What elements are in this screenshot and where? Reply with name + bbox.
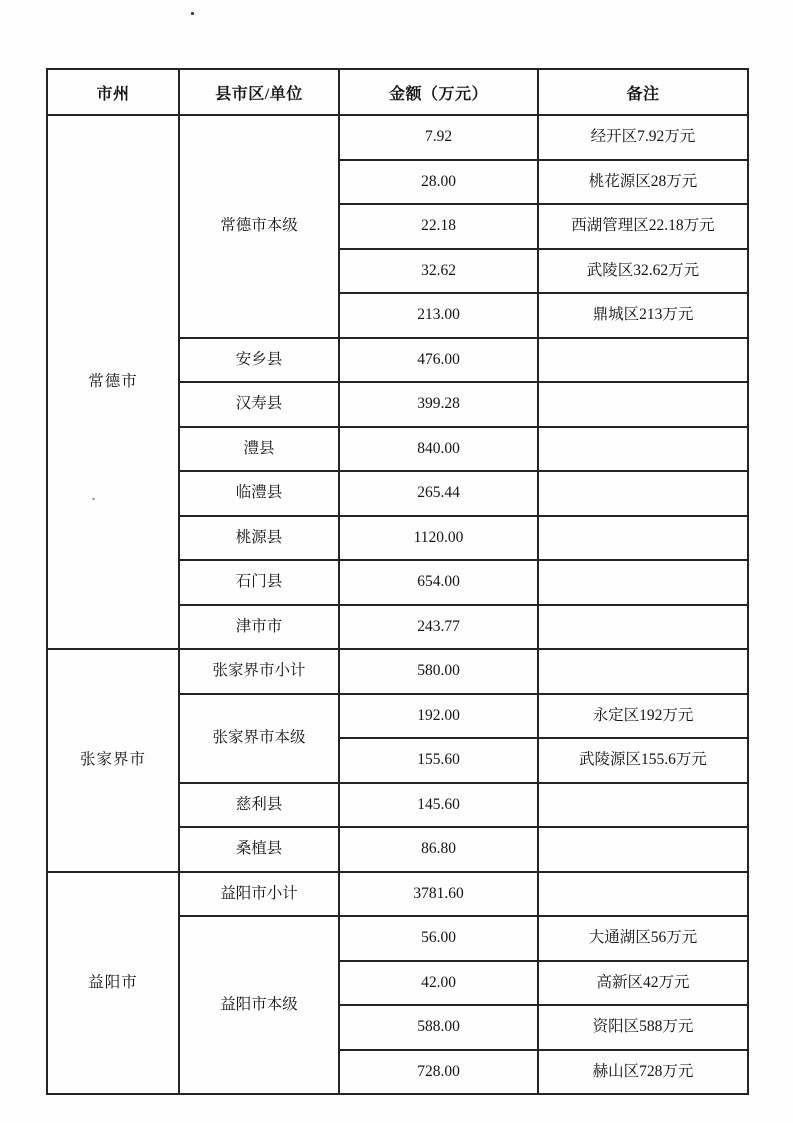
amount-cell: 155.60 [339,738,538,783]
note-cell: 赫山区728万元 [538,1050,748,1095]
amount-cell: 243.77 [339,605,538,650]
amount-cell: 399.28 [339,382,538,427]
header-note: 备注 [538,69,748,115]
amount-cell: 3781.60 [339,872,538,917]
unit-cell: 益阳市小计 [179,872,339,917]
amount-cell: 192.00 [339,694,538,739]
unit-cell: 张家界市小计 [179,649,339,694]
note-cell [538,827,748,872]
amount-cell: 145.60 [339,783,538,828]
amount-cell: 213.00 [339,293,538,338]
amount-cell: 42.00 [339,961,538,1006]
header-row: 市州 县市区/单位 金额（万元） 备注 [47,69,748,115]
note-cell [538,872,748,917]
city-cell: 张家界市 [47,649,179,872]
note-cell [538,649,748,694]
unit-cell: 慈利县 [179,783,339,828]
amount-cell: 56.00 [339,916,538,961]
amount-cell: 588.00 [339,1005,538,1050]
amount-cell: 32.62 [339,249,538,294]
unit-cell: 澧县 [179,427,339,472]
note-cell [538,605,748,650]
note-cell: 大通湖区56万元 [538,916,748,961]
unit-cell: 桑植县 [179,827,339,872]
note-cell: 武陵源区155.6万元 [538,738,748,783]
table-row: 张家界市张家界市小计580.00 [47,649,748,694]
note-cell: 武陵区32.62万元 [538,249,748,294]
amount-cell: 654.00 [339,560,538,605]
note-cell: 经开区7.92万元 [538,115,748,160]
note-cell [538,560,748,605]
city-cell: 益阳市 [47,872,179,1095]
note-cell [538,783,748,828]
note-cell: 西湖管理区22.18万元 [538,204,748,249]
amount-cell: 28.00 [339,160,538,205]
unit-cell: 益阳市本级 [179,916,339,1094]
amount-cell: 86.80 [339,827,538,872]
scan-speck-top [191,12,194,15]
amount-cell: 476.00 [339,338,538,383]
note-cell: 高新区42万元 [538,961,748,1006]
table-row: 常德市常德市本级7.92经开区7.92万元 [47,115,748,160]
header-unit: 县市区/单位 [179,69,339,115]
unit-cell: 石门县 [179,560,339,605]
header-city: 市州 [47,69,179,115]
amount-cell: 1120.00 [339,516,538,561]
table-row: 益阳市益阳市小计3781.60 [47,872,748,917]
table-header: 市州 县市区/单位 金额（万元） 备注 [47,69,748,115]
document-page: 市州 县市区/单位 金额（万元） 备注 常德市常德市本级7.92经开区7.92万… [0,0,793,1123]
allocation-table: 市州 县市区/单位 金额（万元） 备注 常德市常德市本级7.92经开区7.92万… [46,68,749,1095]
note-cell [538,382,748,427]
note-cell: 永定区192万元 [538,694,748,739]
amount-cell: 728.00 [339,1050,538,1095]
unit-cell: 临澧县 [179,471,339,516]
table-body: 常德市常德市本级7.92经开区7.92万元28.00桃花源区28万元22.18西… [47,115,748,1094]
amount-cell: 265.44 [339,471,538,516]
unit-cell: 桃源县 [179,516,339,561]
unit-cell: 津市市 [179,605,339,650]
city-cell: 常德市 [47,115,179,649]
note-cell: 鼎城区213万元 [538,293,748,338]
amount-cell: 580.00 [339,649,538,694]
note-cell [538,427,748,472]
unit-cell: 常德市本级 [179,115,339,338]
amount-cell: 7.92 [339,115,538,160]
unit-cell: 安乡县 [179,338,339,383]
amount-cell: 22.18 [339,204,538,249]
header-amount: 金额（万元） [339,69,538,115]
note-cell [538,471,748,516]
note-cell [538,338,748,383]
note-cell: 资阳区588万元 [538,1005,748,1050]
note-cell [538,516,748,561]
note-cell: 桃花源区28万元 [538,160,748,205]
amount-cell: 840.00 [339,427,538,472]
unit-cell: 汉寿县 [179,382,339,427]
unit-cell: 张家界市本级 [179,694,339,783]
